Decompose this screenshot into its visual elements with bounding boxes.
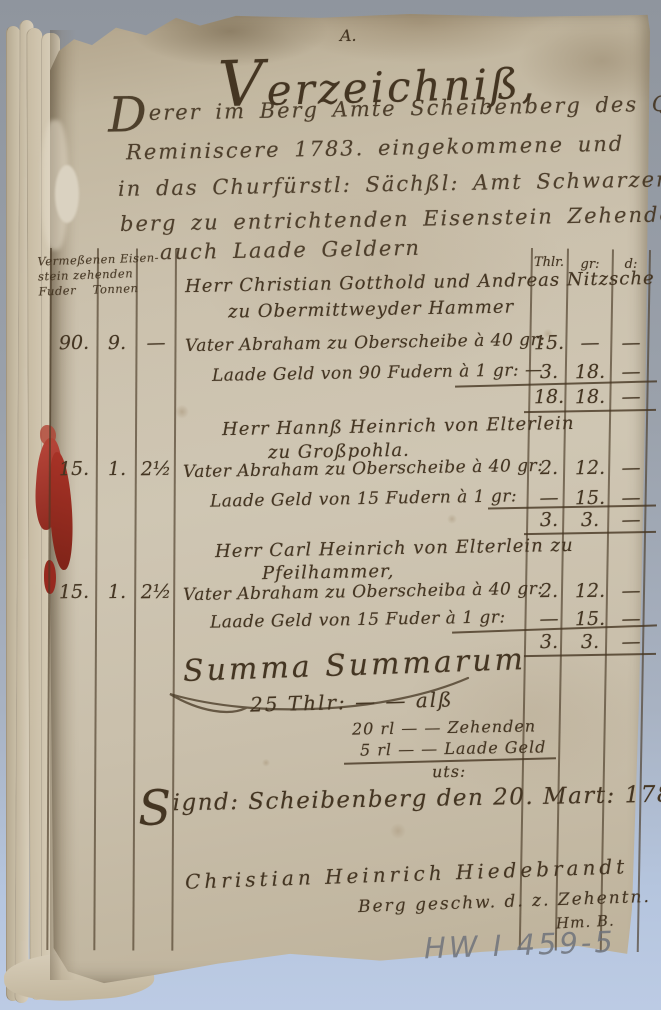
left-column-header: Vermeßenen Eisen- stein zehenden Fuder T… (37, 249, 183, 299)
cell-gr: 3. (569, 631, 611, 654)
cell-fuder: 15. (52, 458, 96, 481)
cell-tonnen: 9. (99, 332, 135, 355)
cell-d: — (613, 509, 649, 532)
cell-thlr: 3. (531, 509, 567, 532)
cell-gr: 18. (569, 386, 611, 409)
cell-thlr: 15. (531, 332, 567, 355)
intro-line: auch Laade Geldern (160, 236, 421, 265)
cell-gr: 12. (569, 457, 611, 480)
cell-gr: — (569, 332, 611, 355)
cell-thlr: 2. (531, 580, 567, 603)
cell-fuder: 90. (52, 332, 96, 355)
cell-tonnen: 1. (99, 581, 135, 604)
cell-thlr: 2. (531, 457, 567, 480)
cell-thlr: 3. (531, 361, 567, 384)
document-mark: A. (340, 26, 357, 45)
cell-thlr: 3. (531, 631, 567, 654)
cell-gr: 18. (569, 361, 611, 384)
entry-heading: Pfeilhammer, (262, 561, 395, 584)
paper-hole (55, 165, 79, 223)
cell-d: — (613, 332, 649, 355)
money-header-thlr: Thlr. (531, 255, 567, 270)
cell-d: — (613, 631, 649, 654)
cell-fuder: 15. (52, 581, 96, 604)
cell-tonnen: 1. (99, 458, 135, 481)
cell-d: — (613, 457, 649, 480)
cell-gr: 12. (569, 580, 611, 603)
archive-shelfmark: HW I 459-5 (423, 925, 616, 966)
cell-thlr: 18. (531, 386, 567, 409)
summary-uts: uts: (432, 762, 467, 782)
cell-d: — (613, 580, 649, 603)
cell-kuebel: — (138, 332, 174, 355)
summary-breakdown-laadegeld: 5 rl — — Laade Geld (360, 737, 547, 759)
photograph-of-manuscript: A. Verzeichniß, Derer im Berg Amte Schei… (0, 0, 661, 1010)
cell-gr: 3. (569, 509, 611, 532)
cell-kuebel: 2½ (138, 581, 174, 604)
summary-breakdown-zehenden: 20 rl — — Zehenden (352, 716, 536, 738)
cell-kuebel: 2½ (138, 458, 174, 481)
cell-d: — (613, 386, 649, 409)
